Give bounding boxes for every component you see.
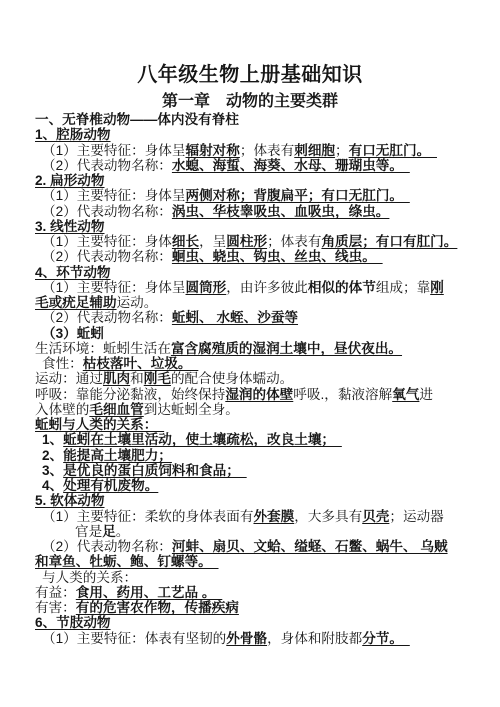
subsection-heading-coelenterate: 1、腔肠动物 [35, 127, 485, 142]
text-run: 两侧对称；背腹扁平；有口无肛门。 [186, 188, 410, 203]
text-run: 一、无脊椎动物——体内没有脊柱 [35, 112, 239, 127]
subsection-heading-mollusc: 5. 软体动物 [35, 493, 485, 508]
relation-item: 3、是优良的蛋白质饲料和食品； [35, 463, 485, 478]
text-run: 圆柱形 [226, 234, 267, 249]
text-run: 氧气 [392, 387, 419, 402]
text-run: 呼吸：靠能分泌黏液，始终保持 [35, 387, 225, 402]
text-run: 1、 [42, 432, 63, 447]
text-run: 辐射对称 [186, 143, 240, 158]
examples-line: （2）代表动物名称：蛔虫、蛲虫、钩虫、丝虫、线虫。 [35, 249, 485, 264]
section-heading: 一、无脊椎动物——体内没有脊柱 [35, 112, 485, 127]
text-run: 蛔虫、蛲虫、钩虫、丝虫、线虫。 [172, 249, 383, 264]
respiration-continuation: 入体壁的毛细血管到达蚯蚓全身。 [35, 402, 485, 417]
text-run: （1）主要特征：身体呈 [42, 280, 186, 295]
text-run: 到达蚯蚓全身。 [144, 402, 239, 417]
text-run: 贝壳 [362, 509, 389, 524]
subsection-heading-arthropod: 6、节肢动物 [35, 615, 485, 630]
text-run: （2）代表动物名称： [42, 204, 172, 219]
text-run: 6、节肢动物 [35, 615, 111, 630]
text-run: 湿润的体壁 [225, 387, 293, 402]
relation-item: 1、蚯蚓在土壤里活动，使土壤疏松，改良土壤； [35, 432, 485, 447]
text-run: 5. 软体动物 [35, 493, 105, 508]
text-run: 外骨骼 [226, 631, 267, 646]
relation-heading: 与人类的关系： [35, 570, 485, 585]
text-run: 刚 [430, 280, 444, 295]
document-page: 八年级生物上册基础知识 第一章 动物的主要类群 一、无脊椎动物——体内没有脊柱1… [0, 0, 500, 707]
text-run: 4、 [42, 478, 63, 493]
text-run: 2. 扁形动物 [35, 173, 105, 188]
text-run: 运动：通过 [35, 371, 103, 386]
text-run: 毛或疣足辅助 [35, 295, 117, 310]
text-run: 枯枝落叶、垃圾。 [83, 356, 199, 371]
continuation-line: 和章鱼、牡蛎、鲍、钉螺等。 [35, 554, 485, 569]
benefit-line: 有益：食用、药用、工艺品 。 [35, 585, 485, 600]
relation-item: 2、能提高土壤肥力； [35, 448, 485, 463]
text-run: 肌肉 [103, 371, 130, 386]
text-run: 外套膜 [253, 509, 294, 524]
text-run: 进 [419, 387, 433, 402]
text-run: 足 [102, 524, 116, 539]
text-run: （1）主要特征：柔软的身体表面有 [42, 509, 253, 524]
text-run: 的配合使身体蠕动。 [171, 371, 293, 386]
feature-line: （1）主要特征：身体细长，呈圆柱形；体表有角质层；有口有肛门。 [35, 234, 485, 249]
text-run: 河蚌、扇贝、文蛤、缢蛏、石鳖、蜗牛、 乌贼 [172, 539, 448, 554]
text-run: 有害： [35, 600, 76, 615]
habitat-line: 生活环境：蚯蚓生活在富含腐殖质的湿润土壤中，昼伏夜出。 [35, 341, 485, 356]
text-run: 能提高土壤肥力； [63, 448, 172, 463]
text-run: ；体表有 [240, 143, 294, 158]
text-run: 涡虫、华枝睾吸虫、血吸虫，绦虫。 [172, 204, 390, 219]
harm-line: 有害：有的危害农作物，传播疾病 [35, 600, 485, 615]
text-run: 细长 [172, 234, 199, 249]
feature-line: （1）主要特征：身体呈两侧对称；背腹扁平；有口无肛门。 [35, 188, 485, 203]
text-run: 相似的体节 [308, 280, 376, 295]
text-run: （2）代表动物名称： [42, 310, 172, 325]
feature-line: （1）主要特征：身体呈辐射对称；体表有刺细胞；有口无肛门。 [35, 143, 485, 158]
relation-item: 4、处理有机废物。 [35, 478, 485, 493]
text-run: 刺细胞 [294, 143, 335, 158]
text-run: （1）主要特征：体表有坚韧的 [42, 631, 226, 646]
text-run: 生活环境：蚯蚓生活在 [35, 341, 171, 356]
text-run: 组成；靠 [376, 280, 430, 295]
continuation-line: 毛或疣足辅助运动。 [35, 295, 485, 310]
text-run: 运动。 [117, 295, 158, 310]
text-run: 水螅、海蜇、海葵、水母、珊瑚虫等。 [172, 158, 410, 173]
text-run: 蚯蚓在土壤里活动，使土壤疏松，改良土壤； [63, 432, 342, 447]
text-run: 有口无肛门。 [349, 143, 437, 158]
document-title: 八年级生物上册基础知识 [0, 58, 500, 87]
text-run: 富含腐殖质的湿润土壤中，昼伏夜出。 [171, 341, 402, 356]
text-run: 食性： [42, 356, 83, 371]
examples-line: （2）代表动物名称：蚯蚓、 水蛭、沙蚕等 [35, 310, 485, 325]
text-run: （2）代表动物名称： [42, 158, 172, 173]
subsection-heading-nematode: 3. 线性动物 [35, 219, 485, 234]
text-run: 和章鱼、牡蛎、鲍、钉螺等。 [35, 554, 219, 569]
text-run: ；运动器 [389, 509, 443, 524]
text-run: 呼吸.，黏液溶解 [293, 387, 392, 402]
text-run: 角质层；有口有肛门。 [321, 234, 457, 249]
text-run: （2）代表动物名称： [42, 539, 172, 554]
subsection-heading-annelid: 4、环节动物 [35, 265, 485, 280]
chapter-heading: 第一章 动物的主要类群 [0, 88, 500, 111]
subsection-heading-flatworm: 2. 扁形动物 [35, 173, 485, 188]
text-run: （3）蚯蚓 [42, 326, 104, 341]
earthworm-heading: （3）蚯蚓 [35, 326, 485, 341]
text-run: 4、环节动物 [35, 265, 111, 280]
text-run: 和 [130, 371, 144, 386]
feature-line: （1）主要特征：体表有坚韧的外骨骼，身体和附肢都分节。 [35, 631, 485, 646]
text-run: 官是 [75, 524, 102, 539]
text-run: 2、 [42, 448, 63, 463]
text-run: ，身体和附肢都 [267, 631, 362, 646]
text-run: 圆筒形 [186, 280, 227, 295]
text-run: （2）代表动物名称： [42, 249, 172, 264]
movement-line: 运动：通过肌肉和刚毛的配合使身体蠕动。 [35, 371, 485, 386]
text-run: 与人类的关系： [42, 570, 137, 585]
text-run: 1、腔肠动物 [35, 127, 111, 142]
respiration-line: 呼吸：靠能分泌黏液，始终保持湿润的体壁呼吸.，黏液溶解氧气进 [35, 387, 485, 402]
examples-line: （2）代表动物名称：涡虫、华枝睾吸虫、血吸虫，绦虫。 [35, 204, 485, 219]
text-run: （1）主要特征：身体呈 [42, 143, 186, 158]
text-run: 3. 线性动物 [35, 219, 105, 234]
text-run: 有的危害农作物，传播疾病 [76, 600, 239, 615]
feature-line: （1）主要特征：身体呈圆筒形，由许多彼此相似的体节组成；靠刚 [35, 280, 485, 295]
text-run: 处理有机废物。 [63, 478, 158, 493]
text-run: 3、 [42, 463, 63, 478]
text-run: 刚毛 [144, 371, 171, 386]
text-run: ，大多具有 [294, 509, 362, 524]
earthworm-relation-heading: 蚯蚓与人类的关系： [35, 417, 485, 432]
text-run: （1）主要特征：身体 [42, 234, 172, 249]
text-run: 。 [116, 524, 130, 539]
feature-line: （1）主要特征：柔软的身体表面有外套膜，大多具有贝壳；运动器 [35, 509, 485, 524]
text-run: 蚯蚓、 水蛭、沙蚕等 [172, 310, 298, 325]
text-run: ；体表有 [267, 234, 321, 249]
text-run: ； [335, 143, 349, 158]
text-run: ，由许多彼此 [226, 280, 308, 295]
examples-line: （2）代表动物名称：河蚌、扇贝、文蛤、缢蛏、石鳖、蜗牛、 乌贼 [35, 539, 485, 554]
examples-line: （2）代表动物名称：水螅、海蜇、海葵、水母、珊瑚虫等。 [35, 158, 485, 173]
diet-line: 食性：枯枝落叶、垃圾。 [35, 356, 485, 371]
text-run: 分节。 [362, 631, 410, 646]
text-run: 食用、药用、工艺品 。 [76, 585, 223, 600]
text-run: （1）主要特征：身体呈 [42, 188, 186, 203]
text-run: 是优良的蛋白质饲料和食品； [63, 463, 247, 478]
text-run: 蚯蚓与人类的关系： [35, 417, 164, 432]
text-run: 毛细血管 [89, 402, 143, 417]
text-run: ，呈 [199, 234, 226, 249]
document-body: 一、无脊椎动物——体内没有脊柱1、腔肠动物（1）主要特征：身体呈辐射对称；体表有… [35, 112, 485, 646]
continuation-line: 官是足。 [35, 524, 485, 539]
text-run: 入体壁的 [35, 402, 89, 417]
text-run: 有益： [35, 585, 76, 600]
